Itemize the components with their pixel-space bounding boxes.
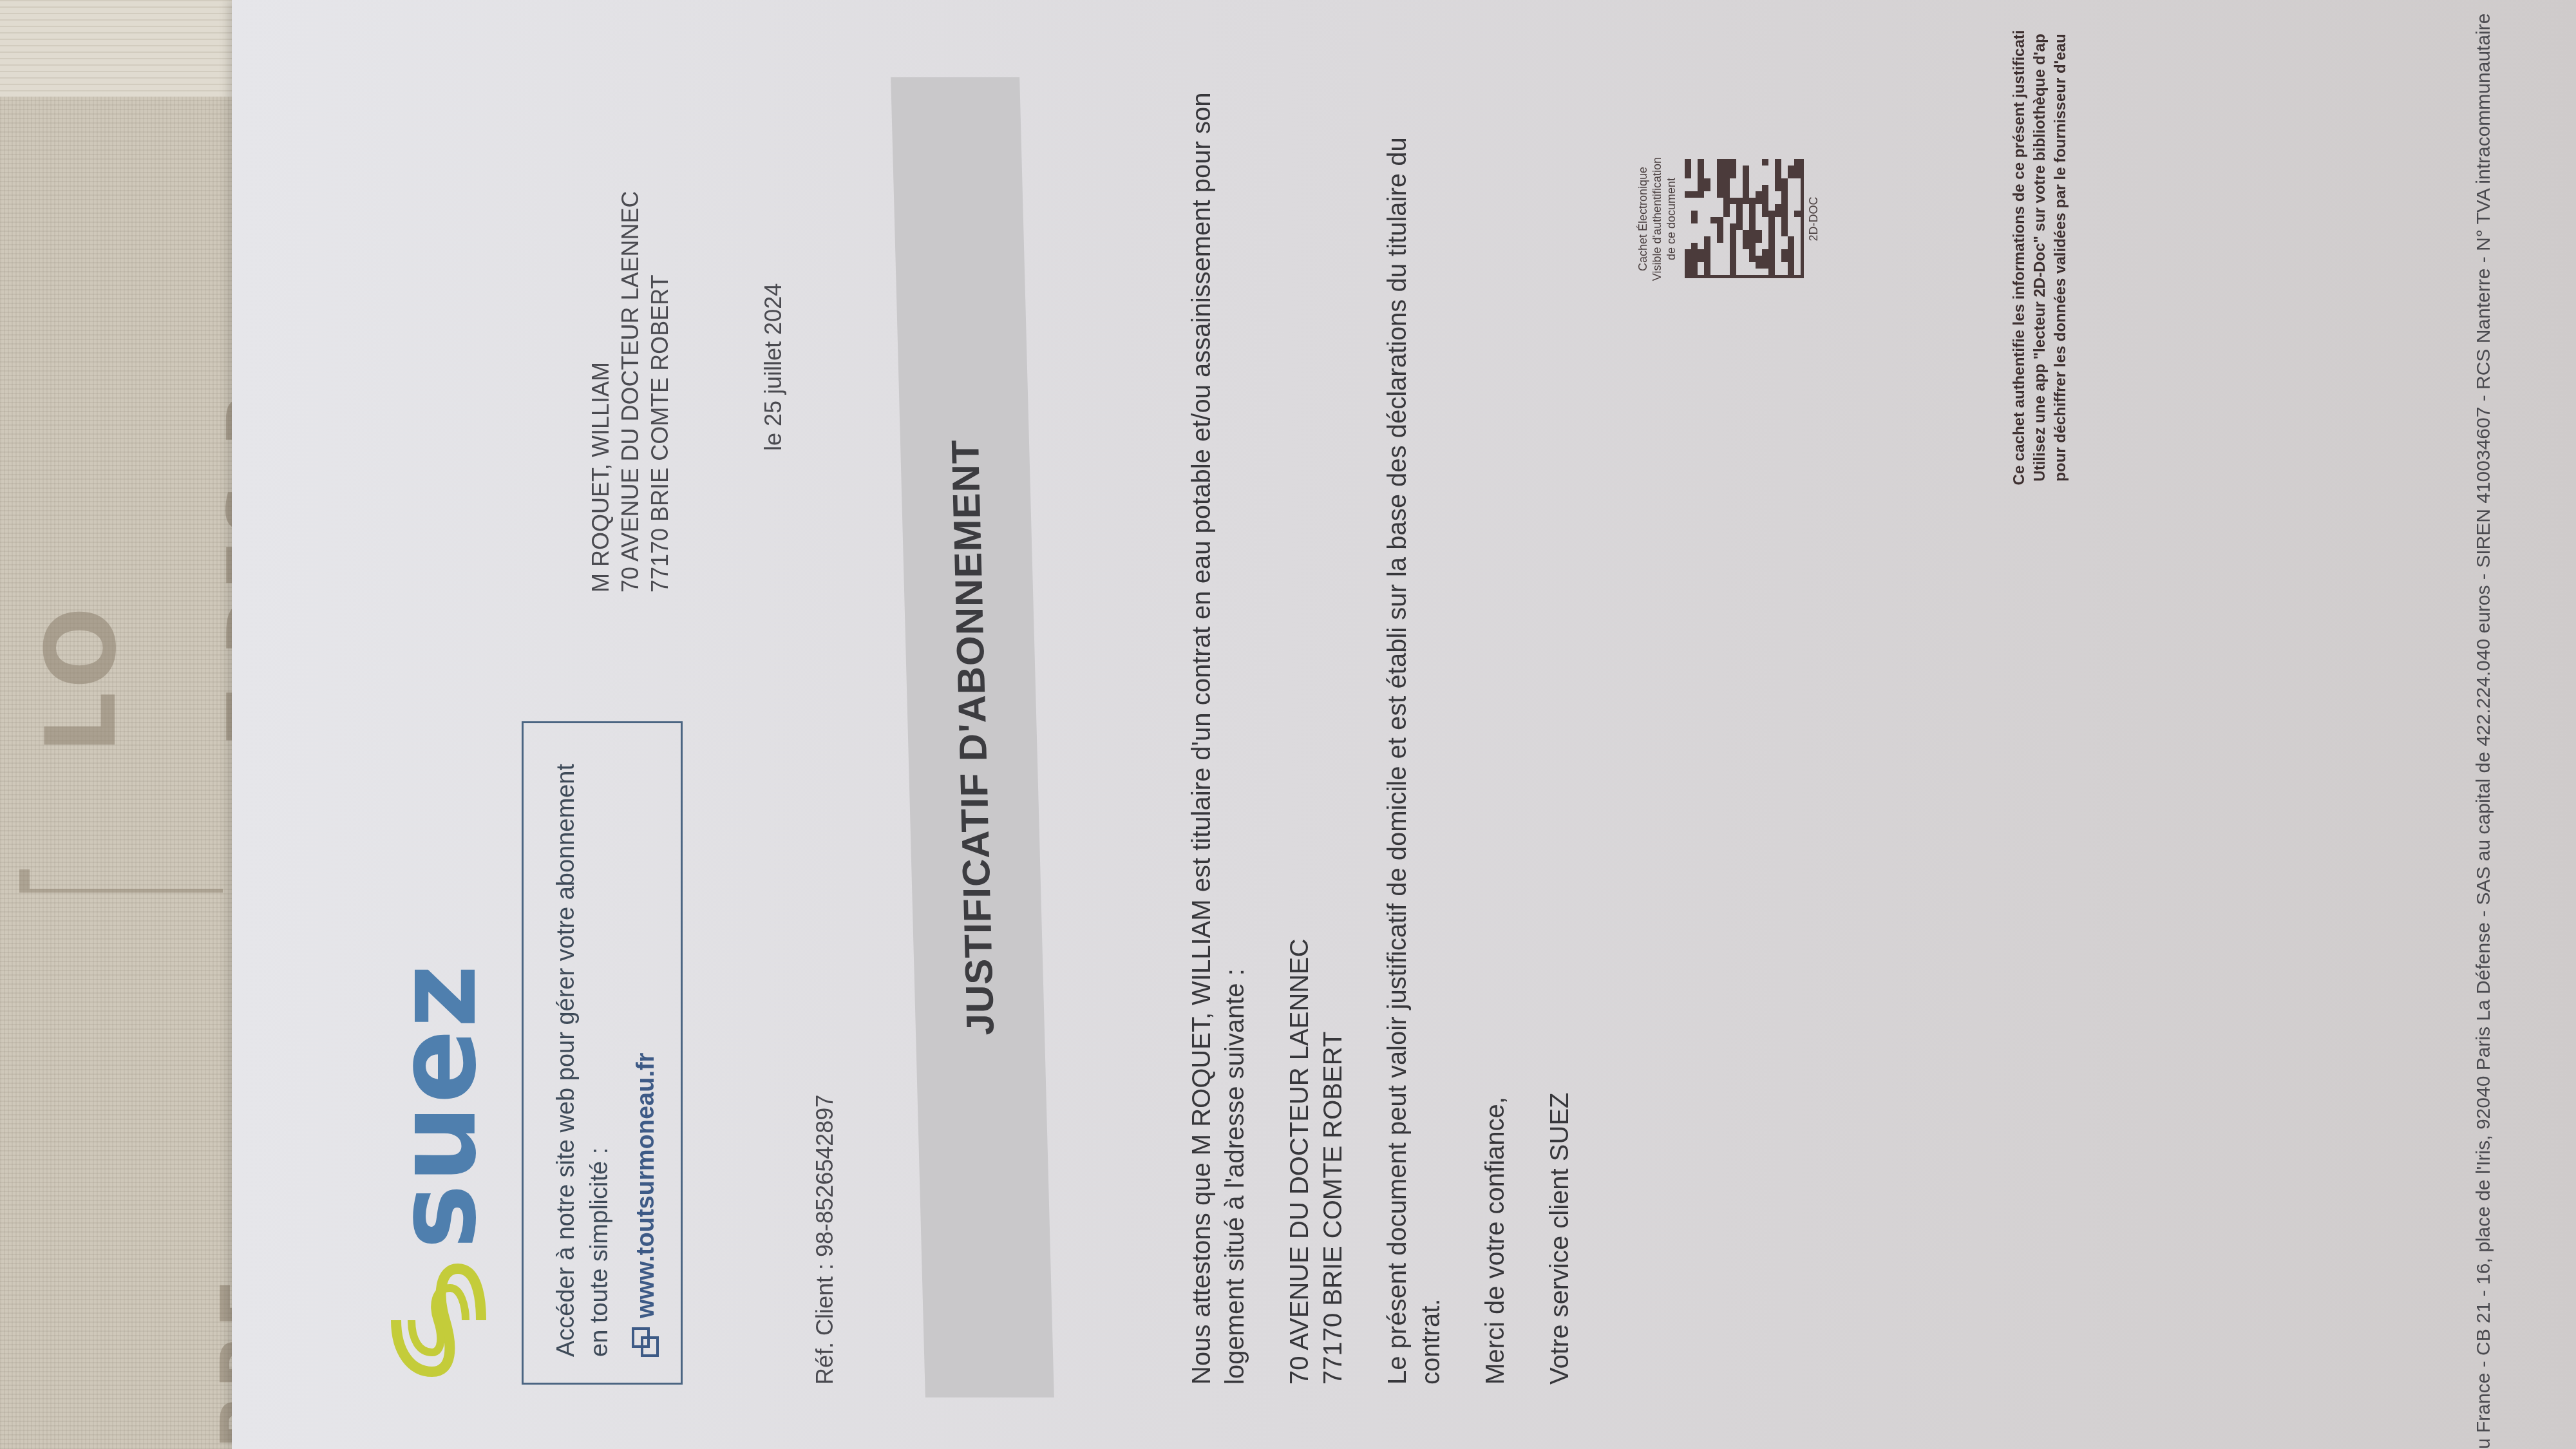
- recipient-name: M ROQUET, WILLIAM: [586, 191, 616, 592]
- suez-logo: suez: [374, 963, 501, 1385]
- document-title: JUSTIFICATIF D'ABONNEMENT: [942, 440, 1002, 1036]
- stamp-caption: Visible d'authentification: [1650, 135, 1664, 303]
- validity-paragraph: Le présent document peut valoir justific…: [1381, 64, 1448, 1385]
- textile-leaf-motif: [19, 869, 223, 893]
- document-body: Nous attestons que M ROQUET, WILLIAM est…: [1185, 64, 1607, 1385]
- stamp-caption: Cachet Électronique: [1636, 135, 1650, 303]
- textile-print-text: LO: [26, 600, 138, 753]
- external-link-icon: [632, 1329, 660, 1357]
- client-reference: Réf. Client : 98-8526542897: [811, 1095, 838, 1385]
- 2d-doc-barcode: [1685, 160, 1804, 279]
- housing-address: 70 AVENUE DU DOCTEUR LAENNEC 77170 BRIE …: [1283, 64, 1350, 1385]
- stamp-note-line: pour déchiffrer les données validées par…: [2050, 0, 2071, 515]
- attestation-paragraph: Nous attestons que M ROQUET, WILLIAM est…: [1185, 64, 1252, 1385]
- website-box: Accéder à notre site web pour gérer votr…: [522, 721, 683, 1385]
- document-page: suez Accéder à notre site web pour gérer…: [232, 0, 2576, 1449]
- stamp-caption: de ce document: [1664, 135, 1678, 303]
- electronic-stamp: Cachet Électronique Visible d'authentifi…: [1636, 135, 1821, 303]
- stamp-note-line: Ce cachet authentifie les informations d…: [2009, 0, 2030, 515]
- website-box-text: Accéder à notre site web pour gérer votr…: [549, 749, 616, 1357]
- housing-city: 77170 BRIE COMTE ROBERT: [1319, 1032, 1347, 1385]
- closing-line: Merci de votre confiance,: [1479, 64, 1512, 1385]
- housing-street: 70 AVENUE DU DOCTEUR LAENNEC: [1285, 938, 1314, 1385]
- stamp-note: Ce cachet authentifie les informations d…: [2009, 0, 2071, 515]
- suez-swirl-icon: [386, 1256, 489, 1385]
- brand-name: suez: [374, 963, 501, 1249]
- website-link[interactable]: www.toutsurmoneau.fr: [632, 1053, 660, 1318]
- recipient-street: 70 AVENUE DU DOCTEUR LAENNEC: [616, 191, 645, 592]
- legal-footer: u France - CB 21 - 16, place de l'Iris, …: [2473, 0, 2495, 1449]
- stamp-note-line: Utilisez une app "lecteur 2D-Doc" sur vo…: [2030, 0, 2050, 515]
- barcode-label: 2D-DOC: [1806, 135, 1821, 303]
- paper-document: suez Accéder à notre site web pour gérer…: [232, 0, 2576, 1449]
- signature-line: Votre service client SUEZ: [1543, 64, 1577, 1385]
- document-date: le 25 juillet 2024: [760, 283, 787, 451]
- title-banner: JUSTIFICATIF D'ABONNEMENT: [891, 77, 1054, 1397]
- recipient-city: 77170 BRIE COMTE ROBERT: [645, 191, 675, 592]
- recipient-address: M ROQUET, WILLIAM 70 AVENUE DU DOCTEUR L…: [586, 191, 675, 592]
